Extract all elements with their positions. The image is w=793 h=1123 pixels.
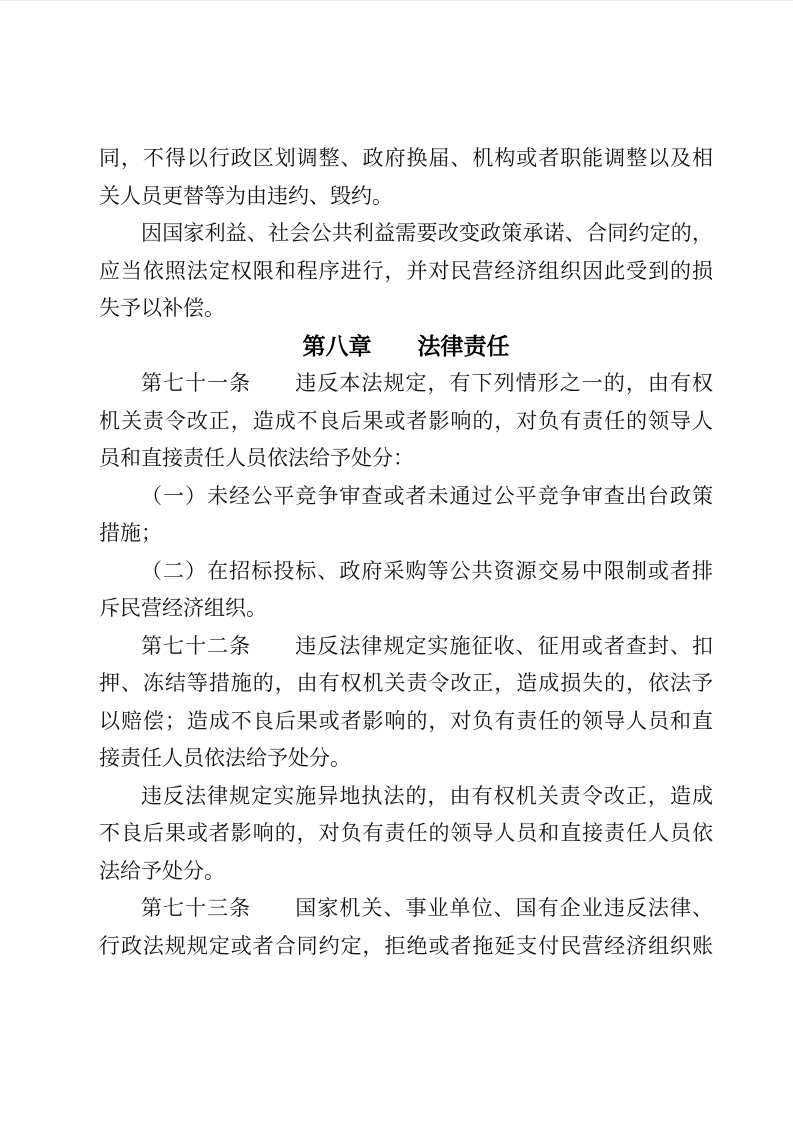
text-line: 关人员更替等为由违约、毁约。 [99, 178, 713, 216]
text-line: 不良后果或者影响的，对负有责任的领导人员和直接责任人员依 [99, 815, 713, 853]
text-line: 行政法规规定或者合同约定，拒绝或者拖延支付民营经济组织账 [99, 928, 713, 966]
text-line: 机关责令改正，造成不良后果或者影响的，对负有责任的领导人 [99, 403, 713, 441]
text-line: 失予以补偿。 [99, 290, 713, 328]
text-line: 接责任人员依法给予处分。 [99, 740, 713, 778]
text-line: （一）未经公平竞争审查或者未通过公平竞争审查出台政策 [99, 478, 713, 516]
text-line: 押、冻结等措施的，由有权机关责令改正，造成损失的，依法予 [99, 665, 713, 703]
text-line: 员和直接责任人员依法给予处分： [99, 440, 713, 478]
text-line: 因国家利益、社会公共利益需要改变政策承诺、合同约定的， [99, 215, 713, 253]
text-line: 第七十一条 违反本法规定，有下列情形之一的，由有权 [99, 365, 713, 403]
text-line: 第七十三条 国家机关、事业单位、国有企业违反法律、 [99, 890, 713, 928]
text-line: 法给予处分。 [99, 853, 713, 891]
text-line: 同，不得以行政区划调整、政府换届、机构或者职能调整以及相 [99, 140, 713, 178]
document-page: 同，不得以行政区划调整、政府换届、机构或者职能调整以及相 关人员更替等为由违约、… [0, 1, 793, 1123]
text-line: 斥民营经济组织。 [99, 590, 713, 628]
text-line: 违反法律规定实施异地执法的，由有权机关责令改正，造成 [99, 778, 713, 816]
text-line: 第七十二条 违反法律规定实施征收、征用或者查封、扣 [99, 628, 713, 666]
text-line: 措施； [99, 515, 713, 553]
chapter-heading: 第八章 法律责任 [99, 328, 713, 366]
text-line: （二）在招标投标、政府采购等公共资源交易中限制或者排 [99, 553, 713, 591]
text-line: 应当依照法定权限和程序进行，并对民营经济组织因此受到的损 [99, 253, 713, 291]
text-line: 以赔偿；造成不良后果或者影响的，对负有责任的领导人员和直 [99, 703, 713, 741]
